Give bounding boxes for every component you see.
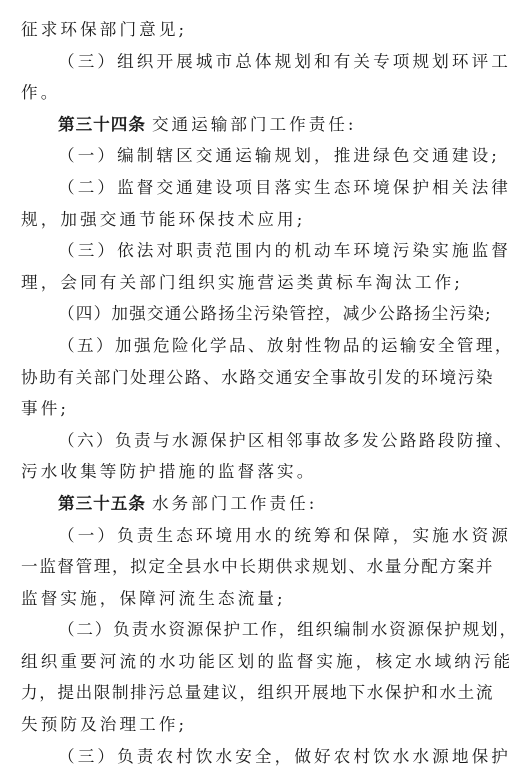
text-line: 作。 <box>21 77 491 109</box>
text-line: 一监督管理，拟定全县水中长期供求规划、水量分配方案并 <box>21 551 491 583</box>
text-line: 规，加强交通节能环保技术应用; <box>21 204 491 236</box>
text-line: （一）编制辖区交通运输规划，推进绿色交通建设; <box>21 140 491 172</box>
article-title: 交通运输部门工作责任: <box>152 115 357 134</box>
article-title: 水务部门工作责任: <box>152 494 317 513</box>
text-line: （三）组织开展城市总体规划和有关专项规划环评工 <box>21 46 491 78</box>
text-line: （二）负责水资源保护工作，组织编制水资源保护规划， <box>21 614 491 646</box>
text-line: （一）负责生态环境用水的统筹和保障，实施水资源统 <box>21 520 491 552</box>
text-line: 理，会同有关部门组织实施营运类黄标车淘汰工作; <box>21 267 491 299</box>
article-number: 第三十五条 <box>58 494 146 513</box>
text-line: 力，提出限制排污总量建议，组织开展地下水保护和水土流 <box>21 677 491 709</box>
text-line: 污水收集等防护措施的监督落实。 <box>21 456 491 488</box>
text-line: 失预防及治理工作; <box>21 709 491 741</box>
text-line: 协助有关部门处理公路、水路交通安全事故引发的环境污染 <box>21 362 491 394</box>
text-line: （四）加强交通公路扬尘污染管控，减少公路扬尘污染; <box>21 298 491 330</box>
text-line: （六）负责与水源保护区相邻事故多发公路路段防撞、 <box>21 425 491 457</box>
text-line: （五）加强危险化学品、放射性物品的运输安全管理， <box>21 330 491 362</box>
article-35-heading: 第三十五条水务部门工作责任: <box>21 488 491 520</box>
text-line: （三）负责农村饮水安全，做好农村饮水水源地保护和 <box>21 741 491 772</box>
article-34-heading: 第三十四条交通运输部门工作责任: <box>21 109 491 141</box>
text-line: 事件; <box>21 393 491 425</box>
text-line: 组织重要河流的水功能区划的监督实施，核定水域纳污能 <box>21 646 491 678</box>
text-line: （三）依法对职责范围内的机动车环境污染实施监督管 <box>21 235 491 267</box>
text-line: 监督实施，保障河流生态流量; <box>21 583 491 615</box>
document-page: 征求环保部门意见; （三）组织开展城市总体规划和有关专项规划环评工 作。 第三十… <box>21 14 491 772</box>
text-line: （二）监督交通建设项目落实生态环境保护相关法律法 <box>21 172 491 204</box>
article-number: 第三十四条 <box>58 115 146 134</box>
text-line: 征求环保部门意见; <box>21 14 491 46</box>
